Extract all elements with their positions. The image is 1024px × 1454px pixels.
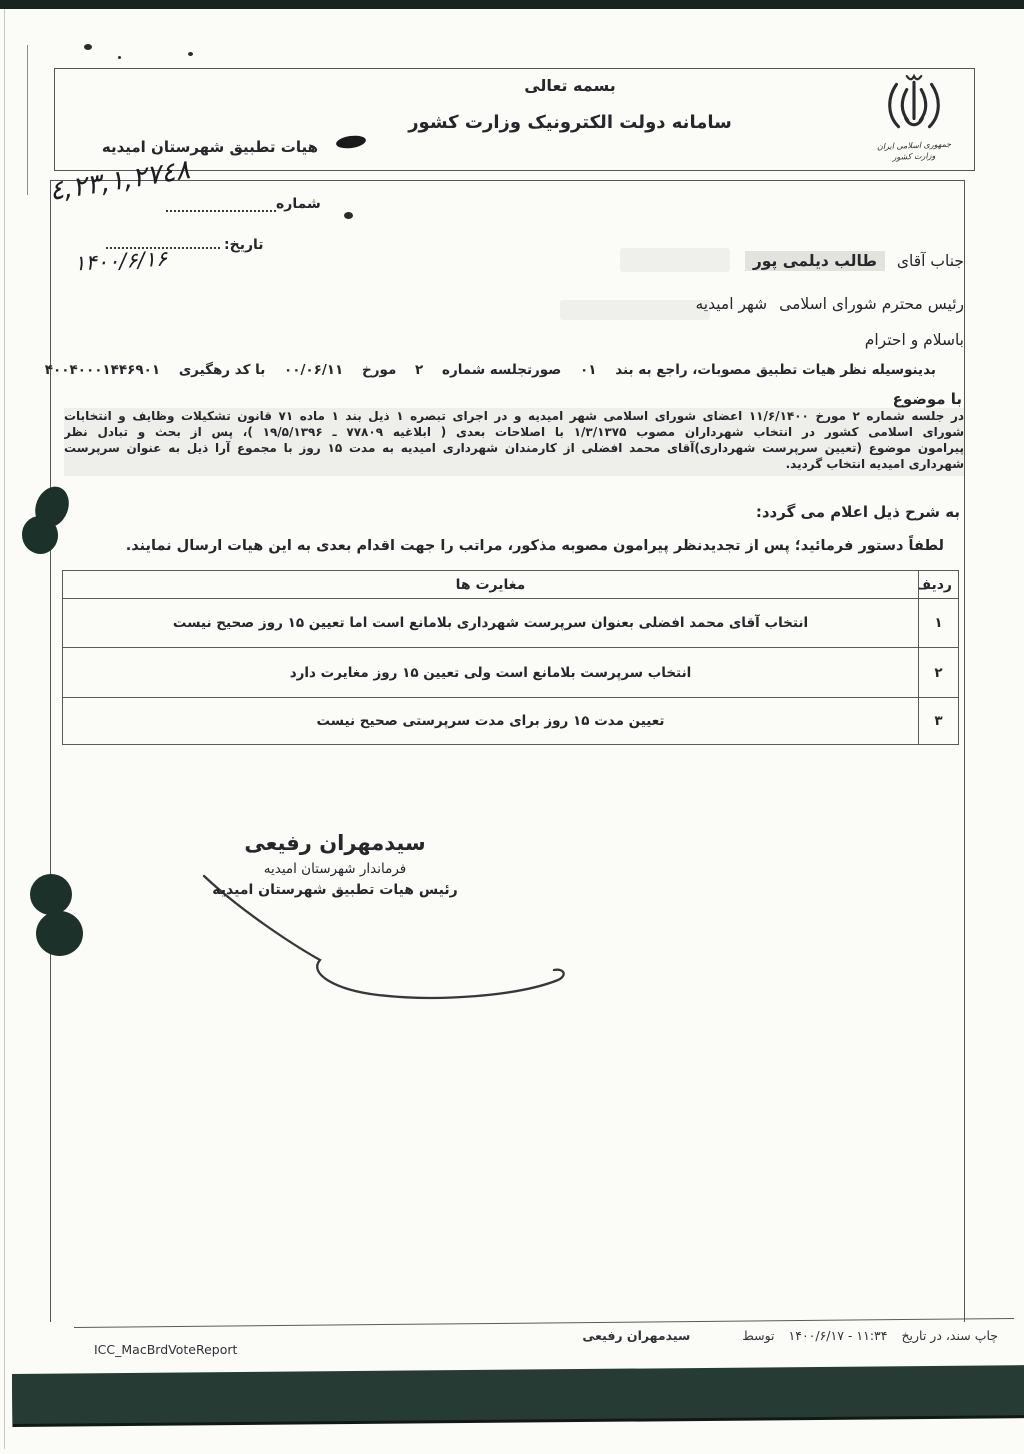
col-header-discrepancies: مغایرت ها <box>63 571 919 599</box>
subject-paragraph: در جلسه شماره ۲ مورخ ۱۱/۶/۱۴۰۰ اعضای شور… <box>64 408 964 476</box>
recipient-salutation: جناب آقای <box>897 252 964 270</box>
row-text: انتخاب سرپرست بلامانع است ولی تعیین ۱۵ ر… <box>63 648 919 698</box>
system-title: سامانه دولت الکترونیک وزارت کشور <box>355 112 785 133</box>
session-number: ۲ <box>415 362 423 378</box>
subject-label: با موضوع <box>893 390 962 408</box>
ink-speck <box>118 56 121 59</box>
clause-number: ۰۱ <box>580 362 596 378</box>
table-row: ۱ انتخاب آقای محمد افضلی بعنوان سرپرست ش… <box>63 599 959 648</box>
content-box <box>50 180 965 1322</box>
scan-strip-bottom <box>12 1365 1024 1424</box>
body-intro-line: بدینوسیله نظر هیات تطبیق مصوبات، راجع به… <box>56 362 936 378</box>
body-intro-3: مورخ <box>362 362 396 378</box>
subject-line-4: شهرداری امیدیه انتخاب گردید. <box>64 456 964 472</box>
recipient-title: رئیس محترم شورای اسلامی <box>779 295 964 313</box>
session-date: ۰۰/۰۶/۱۱ <box>284 362 343 378</box>
ink-speck <box>344 212 353 219</box>
row-number: ۳ <box>919 698 959 745</box>
print-info-line: چاپ سند، در تاریخ ۱۴۰۰/۶/۱۷ - ۱۱:۳۴ توسط… <box>582 1328 1008 1343</box>
print-by-label: توسط <box>742 1328 774 1343</box>
subject-line-2: شورای اسلامی کشور در انتخاب شهرداران مصو… <box>64 424 964 440</box>
table-header-row: ردیف مغایرت ها <box>63 571 959 599</box>
printed-by-name: سیدمهران رفیعی <box>582 1328 690 1343</box>
declaration-line: به شرح ذیل اعلام می گردد: <box>756 503 960 521</box>
handwritten-signature <box>168 856 588 1016</box>
tracking-code: ۴۰۰۴۰۰۰۱۴۴۶۹۰۱ <box>45 362 160 378</box>
row-number: ۲ <box>919 648 959 698</box>
scan-margin-line <box>27 45 28 195</box>
ref-number-label: شماره <box>276 196 321 212</box>
col-header-row-no: ردیف <box>919 571 959 599</box>
ref-number-dotted-line <box>166 196 276 212</box>
subject-line-1: در جلسه شماره ۲ مورخ ۱۱/۶/۱۴۰۰ اعضای شور… <box>64 408 964 424</box>
scanned-letter-page: بسمه تعالی سامانه دولت الکترونیک وزارت ک… <box>0 0 1024 1454</box>
iran-emblem-block: جمهوری اسلامی ایران وزارت کشور <box>874 72 954 176</box>
body-intro-2: صورتجلسه شماره <box>442 362 561 378</box>
recipient-line: جناب آقایطالب دیلمی پور <box>745 252 964 270</box>
row-number: ۱ <box>919 599 959 648</box>
scan-smudge <box>560 300 710 320</box>
ink-speck <box>84 44 92 50</box>
row-text: انتخاب آقای محمد افضلی بعنوان سرپرست شهر… <box>63 599 919 648</box>
iran-emblem-icon <box>881 72 947 136</box>
scan-edge-line <box>4 9 5 1449</box>
punch-mark-bottom-lower <box>36 911 83 956</box>
instruction-line: لطفاً دستور فرمائید؛ پس از تجدیدنظر پیرا… <box>74 538 944 554</box>
recipient-title-line: رئیس محترم شورای اسلامیشهر امیدیه <box>695 295 964 313</box>
print-datetime: ۱۴۰۰/۶/۱۷ - ۱۱:۳۴ <box>789 1328 888 1343</box>
report-id: ICC_MacBrdVoteReport <box>94 1342 237 1357</box>
discrepancy-table: ردیف مغایرت ها ۱ انتخاب آقای محمد افضلی … <box>62 570 959 745</box>
bismillah-text: بسمه تعالی <box>385 76 755 95</box>
punch-mark-bottom-upper <box>30 874 72 915</box>
row-text: تعیین مدت ۱۵ روز برای مدت سرپرستی صحیح ن… <box>63 698 919 745</box>
table-row: ۳ تعیین مدت ۱۵ روز برای مدت سرپرستی صحیح… <box>63 698 959 745</box>
emblem-caption-line2: وزارت کشور <box>874 150 954 164</box>
body-intro-1: بدینوسیله نظر هیات تطبیق مصوبات، راجع به… <box>615 362 936 378</box>
print-prefix: چاپ سند، در تاریخ <box>901 1328 998 1343</box>
greeting-line: باسلام و احترام <box>865 331 964 349</box>
recipient-name: طالب دیلمی پور <box>745 251 885 271</box>
subject-line-3: پیرامون موضوع (تعیین سرپرست شهرداری)آقای… <box>64 440 964 456</box>
ink-speck <box>188 52 193 56</box>
scan-smudge <box>620 248 730 272</box>
scan-strip-top <box>0 0 1024 9</box>
signer-name: سیدمهران رفیعی <box>205 831 465 855</box>
table-row: ۲ انتخاب سرپرست بلامانع است ولی تعیین ۱۵… <box>63 648 959 698</box>
body-intro-4: با کد رهگیری <box>179 362 265 378</box>
